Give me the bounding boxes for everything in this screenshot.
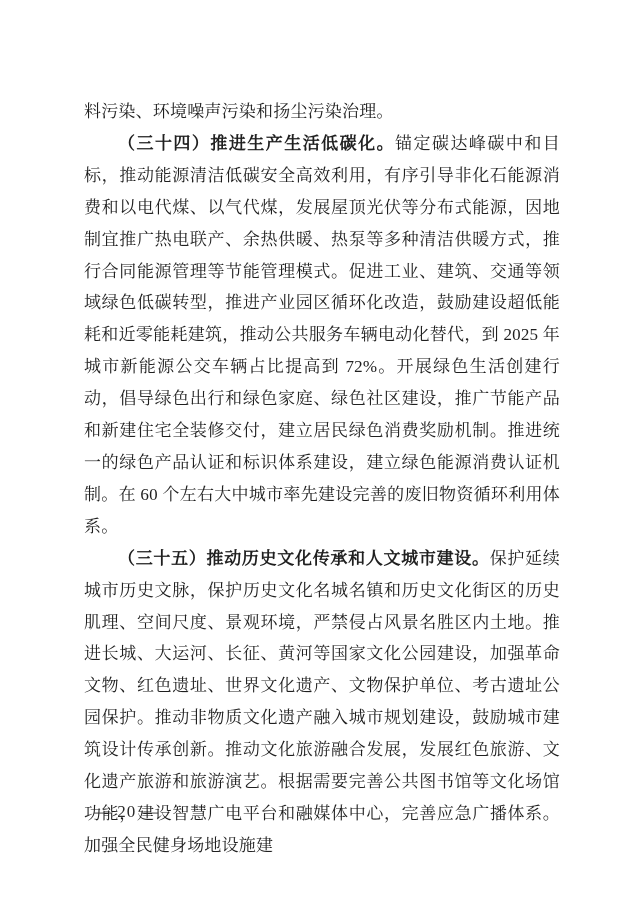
paragraph-continuation: 料污染、环境噪声污染和扬尘污染治理。	[84, 96, 560, 128]
text-block: 料污染、环境噪声污染和扬尘污染治理。 （三十四）推进生产生活低碳化。锚定碳达峰碳…	[84, 96, 560, 862]
paragraph-heading: （三十四）推进生产生活低碳化。	[118, 134, 395, 153]
paragraph-text: 锚定碳达峰碳中和目标，推动能源清洁低碳安全高效利用，有序引导非化石能源消费和以电…	[84, 134, 560, 536]
paragraph-34: （三十四）推进生产生活低碳化。锚定碳达峰碳中和目标，推动能源清洁低碳安全高效利用…	[84, 128, 560, 543]
paragraph-text: 料污染、环境噪声污染和扬尘污染治理。	[84, 102, 394, 121]
paragraph-heading: （三十五）推动历史文化传承和人文城市建设。	[118, 549, 490, 568]
document-page: 料污染、环境噪声污染和扬尘污染治理。 （三十四）推进生产生活低碳化。锚定碳达峰碳…	[0, 0, 640, 905]
page-number: — 20 —	[94, 800, 160, 824]
